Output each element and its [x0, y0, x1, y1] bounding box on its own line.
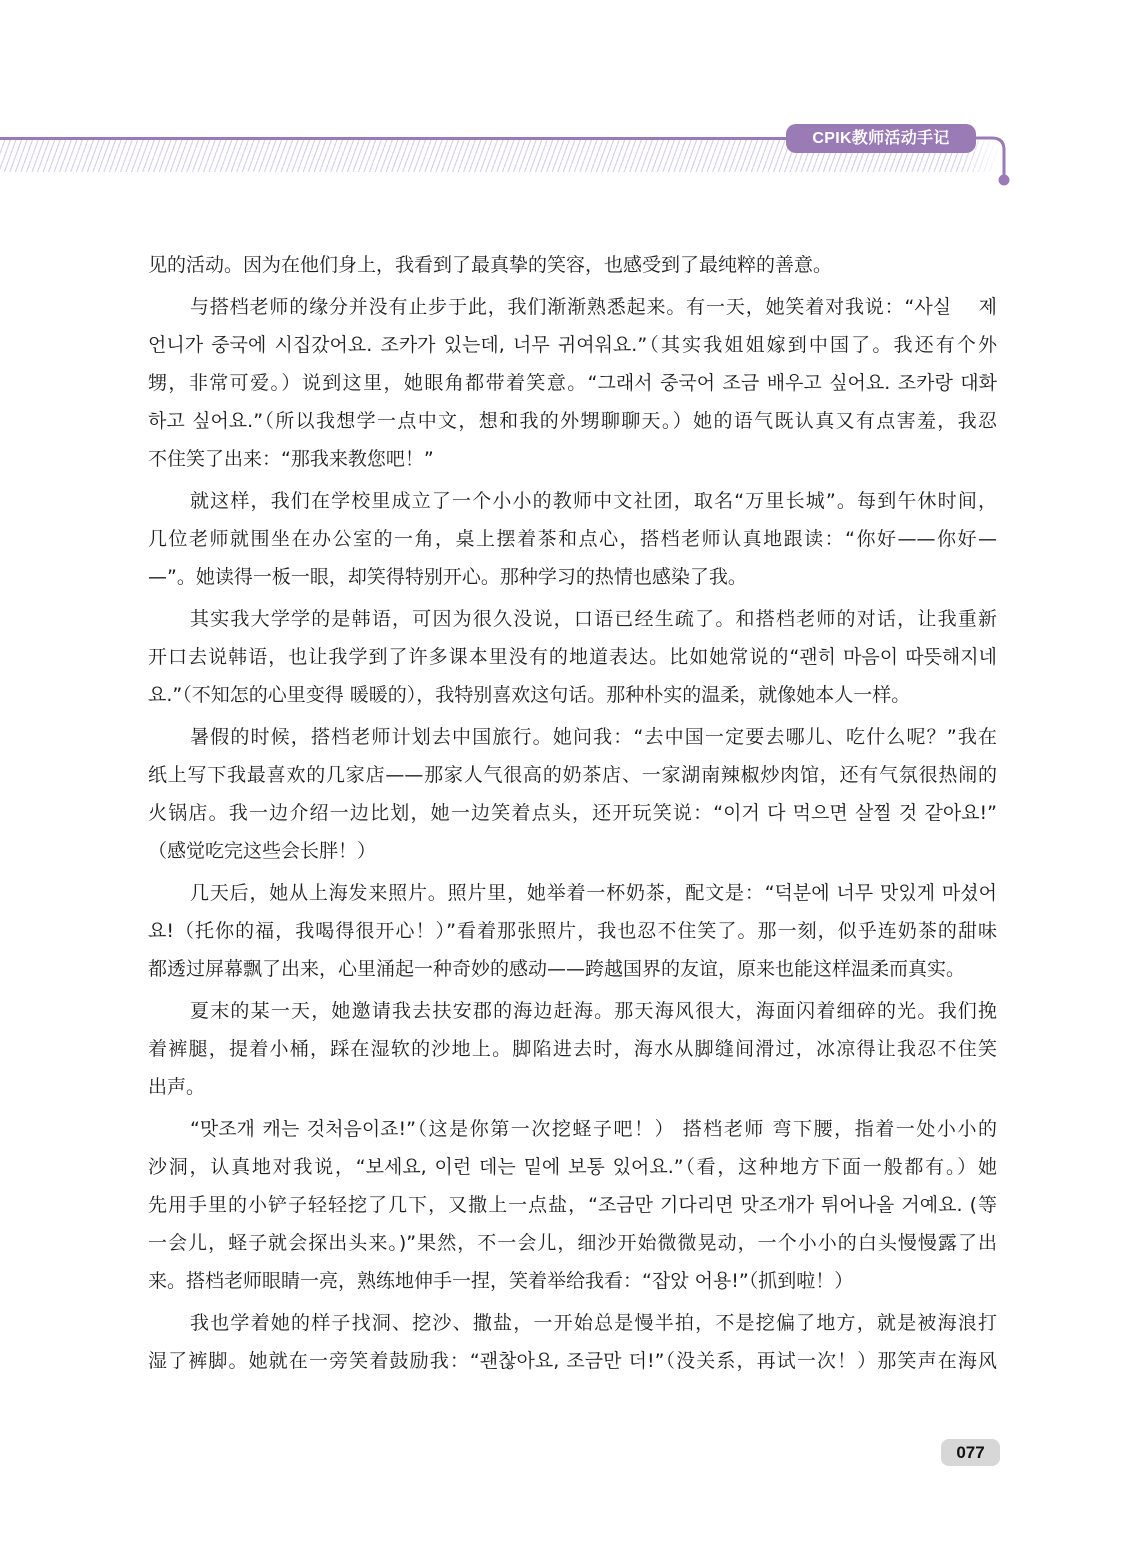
text-line: 几天后，她从上海发来照片。照片里，她举着一杯奶茶，配文是：“덕분에 너무 맛있게… — [148, 874, 997, 912]
text-line: 甥，非常可爱。）说到这里，她眼角都带着笑意。“그래서 중국어 조금 배우고 싶어… — [148, 364, 997, 402]
paragraph: 见的活动。因为在他们身上，我看到了最真挚的笑容，也感受到了最纯粹的善意。 — [148, 246, 997, 284]
text-line: 火锅店。我一边介绍一边比划，她一边笑着点头，还开玩笑说：“이거 다 먹으면 살찔… — [148, 794, 997, 832]
text-line: —”。她读得一板一眼，却笑得特别开心。那种学习的热情也感染了我。 — [148, 558, 997, 596]
text-line: （感觉吃完这些会长胖！） — [148, 832, 997, 870]
text-line: 一会儿，蛏子就会探出头来。)”果然，不一会儿，细沙开始微微晃动，一个小小的白头慢… — [148, 1224, 997, 1262]
paragraph: 其实我大学学的是韩语，可因为很久没说，口语已经生疏了。和搭档老师的对话，让我重新… — [148, 600, 997, 714]
text-line: 하고 싶어요.”（所以我想学一点中文，想和我的外甥聊聊天。）她的语气既认真又有点… — [148, 402, 997, 440]
section-title-tab: CPIK教师活动手记 — [786, 124, 976, 153]
paragraph: 就这样，我们在学校里成立了一个小小的教师中文社团，取名“万里长城”。每到午休时间… — [148, 482, 997, 596]
header-rule — [0, 137, 790, 140]
paragraph: 几天后，她从上海发来照片。照片里，她举着一杯奶茶，配文是：“덕분에 너무 맛있게… — [148, 874, 997, 988]
text-line: 요.”（不知怎的心里变得 暖暖的），我特别喜欢这句话。那种朴实的温柔，就像她本人… — [148, 676, 997, 714]
text-line: 不住笑了出来：“那我来教您吧！” — [148, 440, 997, 478]
text-line: 언니가 중국에 시집갔어요. 조카가 있는데, 너무 귀여워요.”（其实我姐姐嫁… — [148, 326, 997, 364]
text-line: 着裤腿，提着小桶，踩在湿软的沙地上。脚陷进去时，海水从脚缝间滑过，冰凉得让我忍不… — [148, 1030, 997, 1068]
text-line: “맛조개 캐는 것처음이죠!”（这是你第一次挖蛏子吧！） 搭档老师 弯下腰，指着… — [148, 1110, 997, 1148]
text-line: 요!（托你的福，我喝得很开心！）”看着那张照片，我也忍不住笑了。那一刻，似乎连奶… — [148, 912, 997, 950]
text-line: 来。搭档老师眼睛一亮，熟练地伸手一捏，笑着举给我看：“잡았 어용!”（抓到啦！） — [148, 1262, 997, 1300]
text-line: 沙洞，认真地对我说，“보세요, 이런 데는 밑에 보통 있어요.”（看，这种地方… — [148, 1148, 997, 1186]
text-line: 见的活动。因为在他们身上，我看到了最真挚的笑容，也感受到了最纯粹的善意。 — [148, 246, 997, 284]
page-number-badge: 077 — [941, 1439, 1000, 1466]
text-line: 就这样，我们在学校里成立了一个小小的教师中文社团，取名“万里长城”。每到午休时间… — [148, 482, 997, 520]
text-line: 先用手里的小铲子轻轻挖了几下，又撒上一点盐，“조금만 기다리면 맛조개가 튀어나… — [148, 1186, 997, 1224]
text-line: 开口去说韩语，也让我学到了许多课本里没有的地道表达。比如她常说的“괜히 마음이 … — [148, 638, 997, 676]
text-line: 与搭档老师的缘分并没有止步于此，我们渐渐熟悉起来。有一天，她笑着对我说：“사실 … — [148, 288, 997, 326]
header-connector-decoration — [970, 136, 1015, 188]
paragraph: 我也学着她的样子找洞、挖沙、撒盐，一开始总是慢半拍，不是挖偏了地方，就是被海浪打… — [148, 1304, 997, 1380]
text-line: 暑假的时候，搭档老师计划去中国旅行。她问我：“去中国一定要去哪儿、吃什么呢？”我… — [148, 718, 997, 756]
text-line: 出声。 — [148, 1068, 997, 1106]
text-line: 湿了裤脚。她就在一旁笑着鼓励我：“괜찮아요, 조금만 더!”（没关系，再试一次！… — [148, 1342, 997, 1380]
text-line: 都透过屏幕飘了出来，心里涌起一种奇妙的感动——跨越国界的友谊，原来也能这样温柔而… — [148, 950, 997, 988]
paragraph: 与搭档老师的缘分并没有止步于此，我们渐渐熟悉起来。有一天，她笑着对我说：“사실 … — [148, 288, 997, 478]
page-header: CPIK教师活动手记 — [0, 0, 1146, 200]
paragraph: 暑假的时候，搭档老师计划去中国旅行。她问我：“去中国一定要去哪儿、吃什么呢？”我… — [148, 718, 997, 870]
text-line: 几位老师就围坐在办公室的一角，桌上摆着茶和点心，搭档老师认真地跟读：“你好——你… — [148, 520, 997, 558]
paragraph: “맛조개 캐는 것처음이죠!”（这是你第一次挖蛏子吧！） 搭档老师 弯下腰，指着… — [148, 1110, 997, 1300]
body-text: 见的活动。因为在他们身上，我看到了最真挚的笑容，也感受到了最纯粹的善意。与搭档老… — [148, 246, 997, 1380]
text-line: 纸上写下我最喜欢的几家店——那家人气很高的奶茶店、一家湖南辣椒炒肉馆，还有气氛很… — [148, 756, 997, 794]
text-line: 夏末的某一天，她邀请我去扶安郡的海边赶海。那天海风很大，海面闪着细碎的光。我们挽 — [148, 992, 997, 1030]
text-line: 我也学着她的样子找洞、挖沙、撒盐，一开始总是慢半拍，不是挖偏了地方，就是被海浪打 — [148, 1304, 997, 1342]
text-line: 其实我大学学的是韩语，可因为很久没说，口语已经生疏了。和搭档老师的对话，让我重新 — [148, 600, 997, 638]
paragraph: 夏末的某一天，她邀请我去扶安郡的海边赶海。那天海风很大，海面闪着细碎的光。我们挽… — [148, 992, 997, 1106]
